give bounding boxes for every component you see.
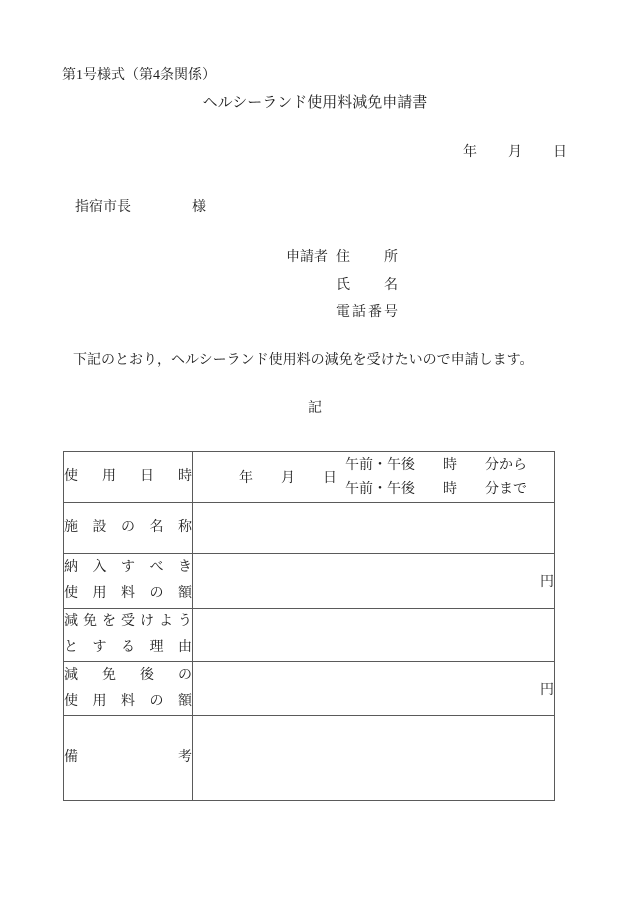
row-facility-name: 施 設 の 名 称 bbox=[64, 503, 555, 554]
payable-fee-label-line1: 納 入 す べ き bbox=[64, 555, 192, 581]
application-form-page: 第1号様式（第4条関係） ヘルシーランド使用料減免申請書 年 月 日 指宿市長 … bbox=[0, 0, 630, 903]
application-statement: 下記のとおり，ヘルシーランド使用料の減免を受けたいので申請します。 bbox=[73, 352, 534, 369]
payable-fee-label-line2: 使 用 料 の 額 bbox=[64, 581, 192, 607]
day-label: 日 bbox=[553, 145, 567, 161]
ki-marker: 記 bbox=[0, 400, 630, 417]
payable-fee-label-cell: 納 入 す べ き 使 用 料 の 額 bbox=[64, 554, 193, 609]
reduced-fee-label-line2: 使 用 料 の 額 bbox=[64, 689, 192, 715]
year-label: 年 bbox=[463, 145, 477, 161]
usage-datetime-value-cell: 年 月 日 午前・午後 時 分から 午前・午後 時 分まで bbox=[193, 452, 555, 503]
application-table: 使 用 日 時 年 月 日 午前・午後 時 分から 午前・午後 時 分まで bbox=[63, 451, 555, 801]
recipient-line: 指宿市長 様 bbox=[75, 200, 206, 216]
applicant-name-label: 氏 名 bbox=[336, 272, 398, 300]
remarks-label-cell: 備 考 bbox=[64, 716, 193, 801]
recipient-name: 指宿市長 bbox=[75, 200, 131, 216]
applicant-block: 申請者 住 所 氏 名 電話番号 bbox=[286, 244, 398, 327]
usage-year-label: 年 bbox=[239, 467, 253, 487]
reduction-reason-value-cell bbox=[193, 609, 555, 662]
facility-name-value-cell bbox=[193, 503, 555, 554]
date-line: 年 月 日 bbox=[463, 145, 567, 161]
payable-fee-value-cell: 円 bbox=[193, 554, 555, 609]
usage-time-from-label: 午前・午後 時 分から bbox=[345, 456, 527, 475]
usage-datetime-label-cell: 使 用 日 時 bbox=[64, 452, 193, 503]
row-reduction-reason: 減免を受けよう と す る 理 由 bbox=[64, 609, 555, 662]
document-title: ヘルシーランド使用料減免申請書 bbox=[0, 95, 630, 112]
yen-unit-label: 円 bbox=[540, 575, 554, 590]
applicant-fields: 住 所 氏 名 電話番号 bbox=[336, 244, 398, 327]
usage-date-labels: 年 月 日 bbox=[239, 467, 337, 487]
usage-time-to-label: 午前・午後 時 分まで bbox=[345, 480, 527, 499]
remarks-label: 備 考 bbox=[64, 745, 192, 771]
reduced-fee-label-cell: 減 免 後 の 使 用 料 の 額 bbox=[64, 662, 193, 716]
reduction-reason-label-line1: 減免を受けよう bbox=[64, 609, 192, 635]
row-remarks: 備 考 bbox=[64, 716, 555, 801]
yen-unit-label: 円 bbox=[540, 683, 554, 698]
month-label: 月 bbox=[508, 145, 522, 161]
applicant-label: 申請者 bbox=[286, 244, 328, 327]
row-reduced-fee: 減 免 後 の 使 用 料 の 額 円 bbox=[64, 662, 555, 716]
usage-datetime-value: 年 月 日 午前・午後 時 分から 午前・午後 時 分まで bbox=[193, 456, 554, 499]
reduction-reason-label-line2: と す る 理 由 bbox=[64, 635, 192, 661]
usage-datetime-label: 使 用 日 時 bbox=[64, 464, 192, 490]
facility-name-label: 施 設 の 名 称 bbox=[64, 515, 192, 541]
form-number: 第1号様式（第4条関係） bbox=[62, 68, 216, 84]
reduction-reason-label-cell: 減免を受けよう と す る 理 由 bbox=[64, 609, 193, 662]
applicant-address-label: 住 所 bbox=[336, 244, 398, 272]
usage-day-label: 日 bbox=[323, 467, 337, 487]
reduced-fee-value-cell: 円 bbox=[193, 662, 555, 716]
usage-time-labels: 午前・午後 時 分から 午前・午後 時 分まで bbox=[345, 456, 527, 499]
row-usage-datetime: 使 用 日 時 年 月 日 午前・午後 時 分から 午前・午後 時 分まで bbox=[64, 452, 555, 503]
recipient-honorific: 様 bbox=[192, 200, 206, 216]
reduced-fee-label-line1: 減 免 後 の bbox=[64, 663, 192, 689]
usage-month-label: 月 bbox=[281, 467, 295, 487]
row-payable-fee: 納 入 す べ き 使 用 料 の 額 円 bbox=[64, 554, 555, 609]
remarks-value-cell bbox=[193, 716, 555, 801]
applicant-phone-label: 電話番号 bbox=[336, 299, 398, 327]
facility-name-label-cell: 施 設 の 名 称 bbox=[64, 503, 193, 554]
